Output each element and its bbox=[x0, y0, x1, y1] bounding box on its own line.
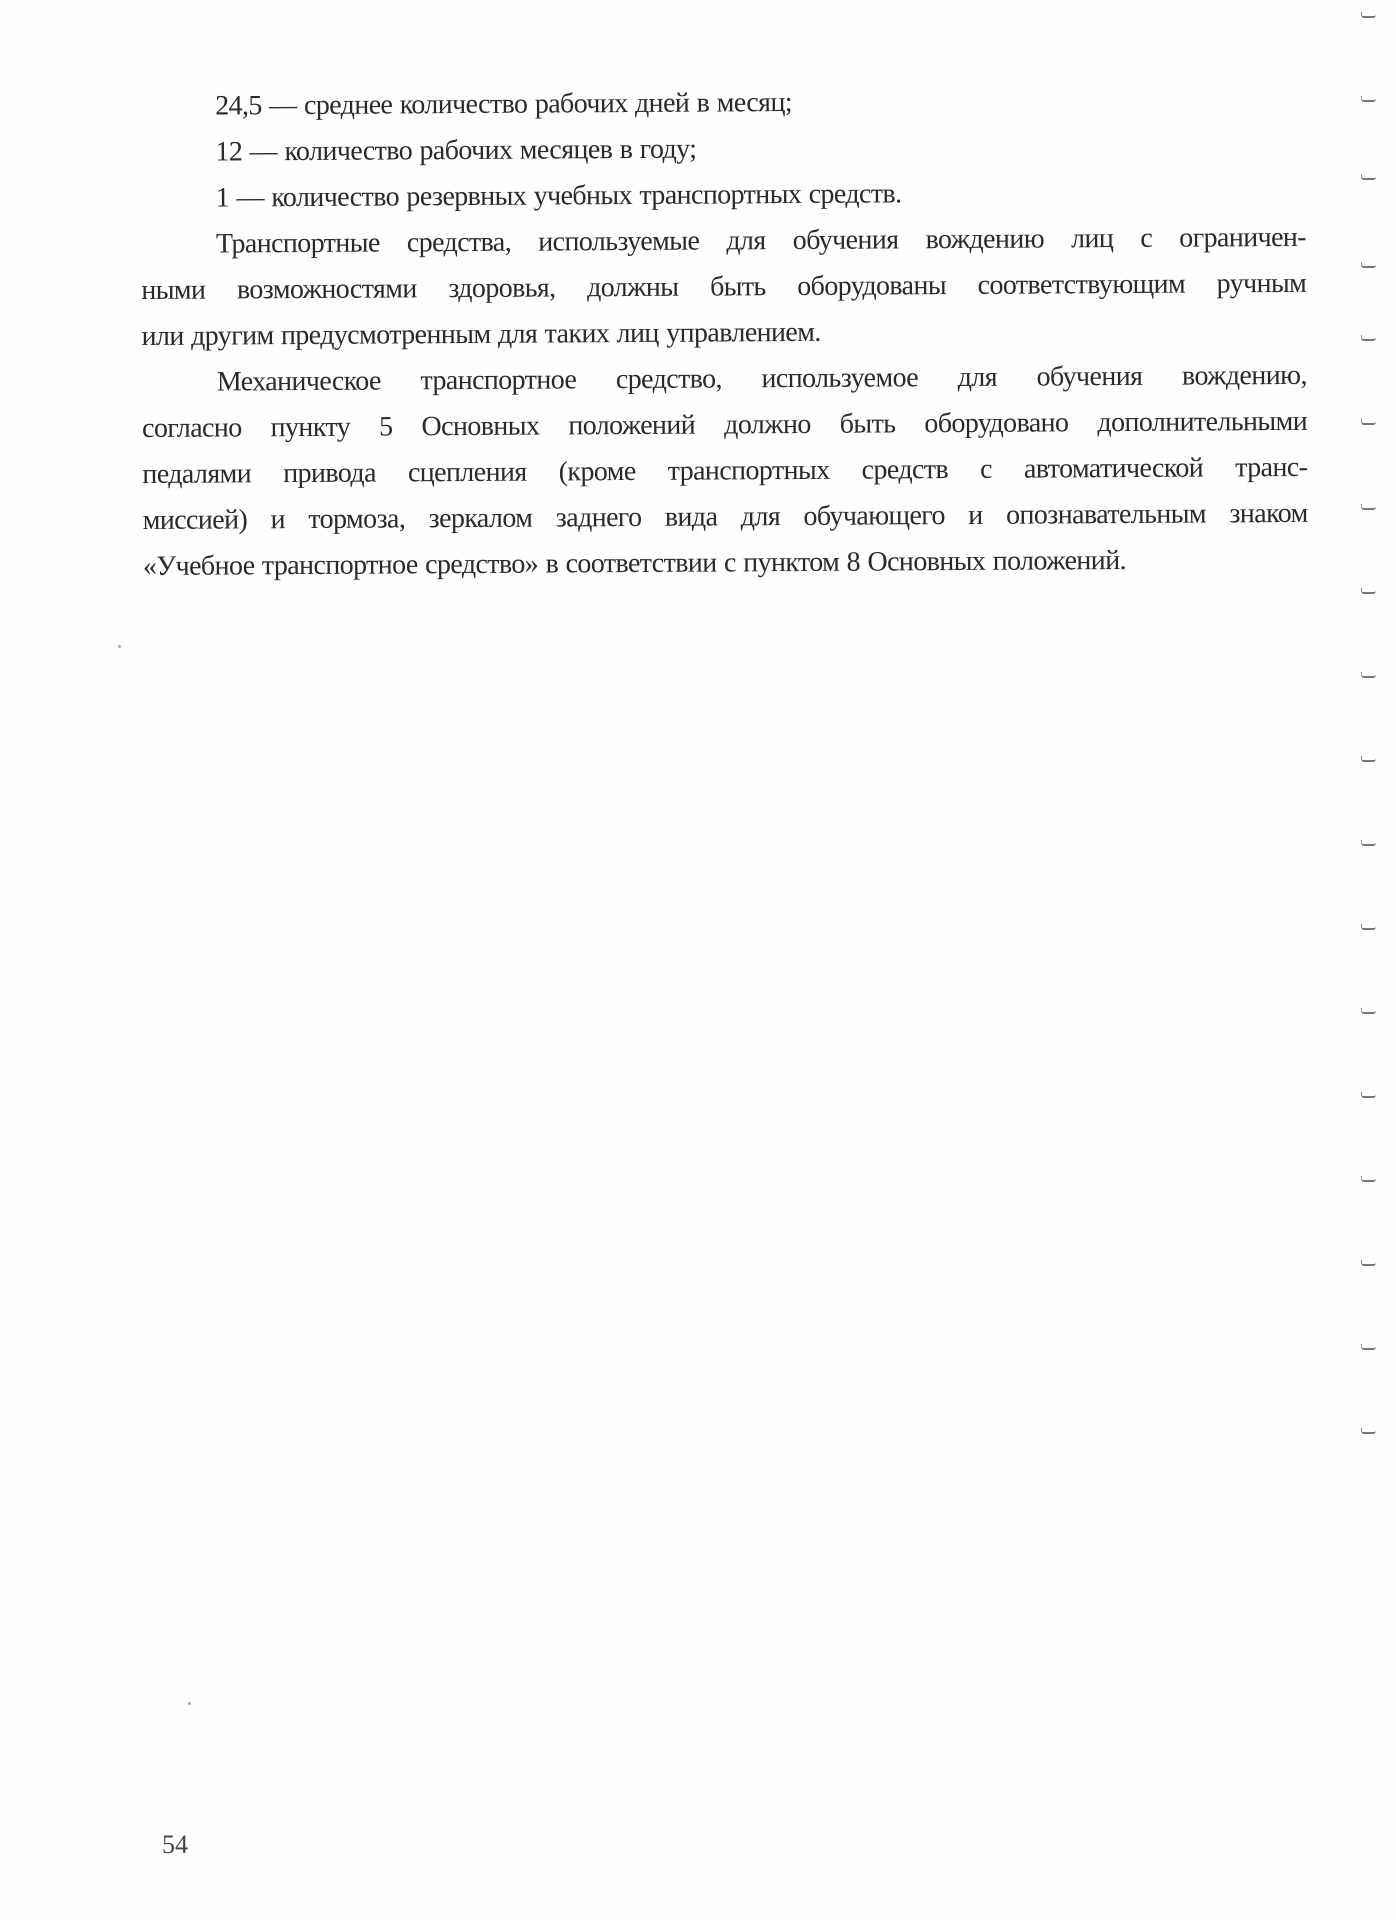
binder-hole-marks bbox=[1346, 0, 1376, 1920]
text-line-paragraph-3-line-2: согласно пункту 5 Основных положений дол… bbox=[142, 399, 1307, 452]
binder-mark bbox=[1361, 12, 1376, 18]
text-line-paragraph-2-middle: ными возможностями здоровья, должны быть… bbox=[141, 261, 1306, 314]
scan-speck bbox=[118, 645, 121, 648]
binder-mark bbox=[1361, 262, 1376, 268]
binder-mark bbox=[1361, 756, 1376, 762]
binder-mark bbox=[1361, 96, 1376, 102]
text-line-paragraph-2-end: или другим предусмотренным для таких лиц… bbox=[141, 307, 1306, 360]
binder-mark bbox=[1361, 924, 1376, 930]
binder-mark bbox=[1361, 1008, 1376, 1014]
binder-mark bbox=[1361, 588, 1376, 594]
binder-mark bbox=[1361, 1344, 1376, 1350]
text-line-paragraph-3-line-3: педалями привода сцепления (кроме трансп… bbox=[142, 445, 1307, 498]
binder-mark bbox=[1361, 1176, 1376, 1182]
binder-mark bbox=[1361, 1428, 1376, 1434]
scanned-page: 24,5 — среднее количество рабочих дней в… bbox=[0, 0, 1396, 1920]
text-line-paragraph-3-line-4: миссией) и тормоза, зеркалом заднего вид… bbox=[143, 491, 1308, 544]
text-line-paragraph-3-end: «Учебное транспортное средство» в соотве… bbox=[143, 537, 1308, 590]
text-line-working-days: 24,5 — среднее количество рабочих дней в… bbox=[140, 77, 1305, 130]
text-line-reserve-vehicles: 1 — количество резервных учебных транспо… bbox=[141, 169, 1306, 222]
binder-mark bbox=[1361, 1092, 1376, 1098]
text-line-working-months: 12 — количество рабочих месяцев в году; bbox=[140, 123, 1305, 176]
text-line-paragraph-3-start: Механическое транспортное средство, испо… bbox=[142, 353, 1307, 406]
binder-mark bbox=[1361, 419, 1376, 425]
binder-mark bbox=[1361, 335, 1376, 341]
body-text: 24,5 — среднее количество рабочих дней в… bbox=[140, 77, 1308, 590]
page-number: 54 bbox=[162, 1830, 188, 1860]
binder-mark bbox=[1361, 672, 1376, 678]
binder-mark bbox=[1361, 840, 1376, 846]
binder-mark bbox=[1361, 1260, 1376, 1266]
binder-mark bbox=[1361, 174, 1376, 180]
binder-mark bbox=[1361, 504, 1376, 510]
text-line-paragraph-2-start: Транспортные средства, используемые для … bbox=[141, 215, 1306, 268]
scan-speck bbox=[188, 1702, 191, 1705]
